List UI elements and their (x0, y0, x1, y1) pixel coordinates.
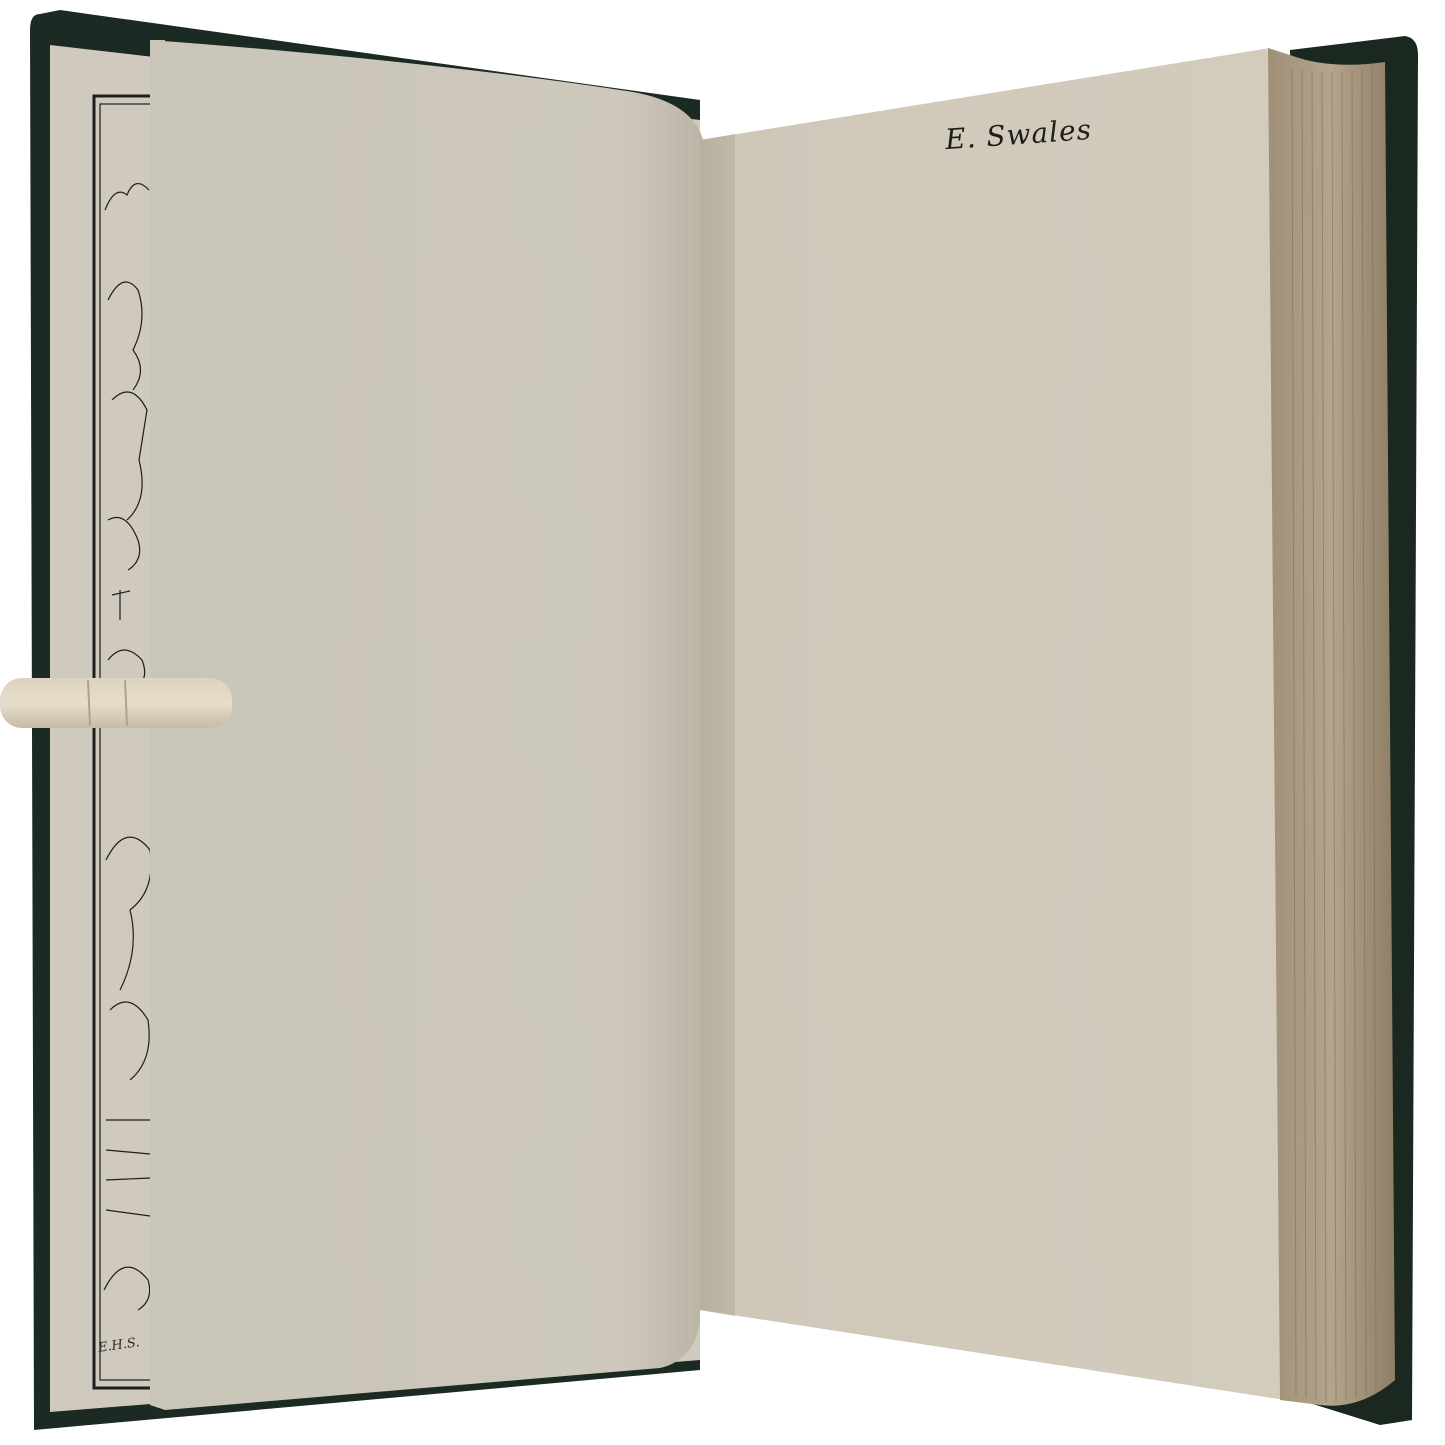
right-page (700, 48, 1285, 1400)
left-page (150, 40, 705, 1410)
book-illustration (0, 0, 1445, 1445)
wooden-stick (0, 678, 232, 728)
page-edges (1268, 48, 1395, 1406)
book-photo: E. Swales E.H.S. (0, 0, 1445, 1445)
